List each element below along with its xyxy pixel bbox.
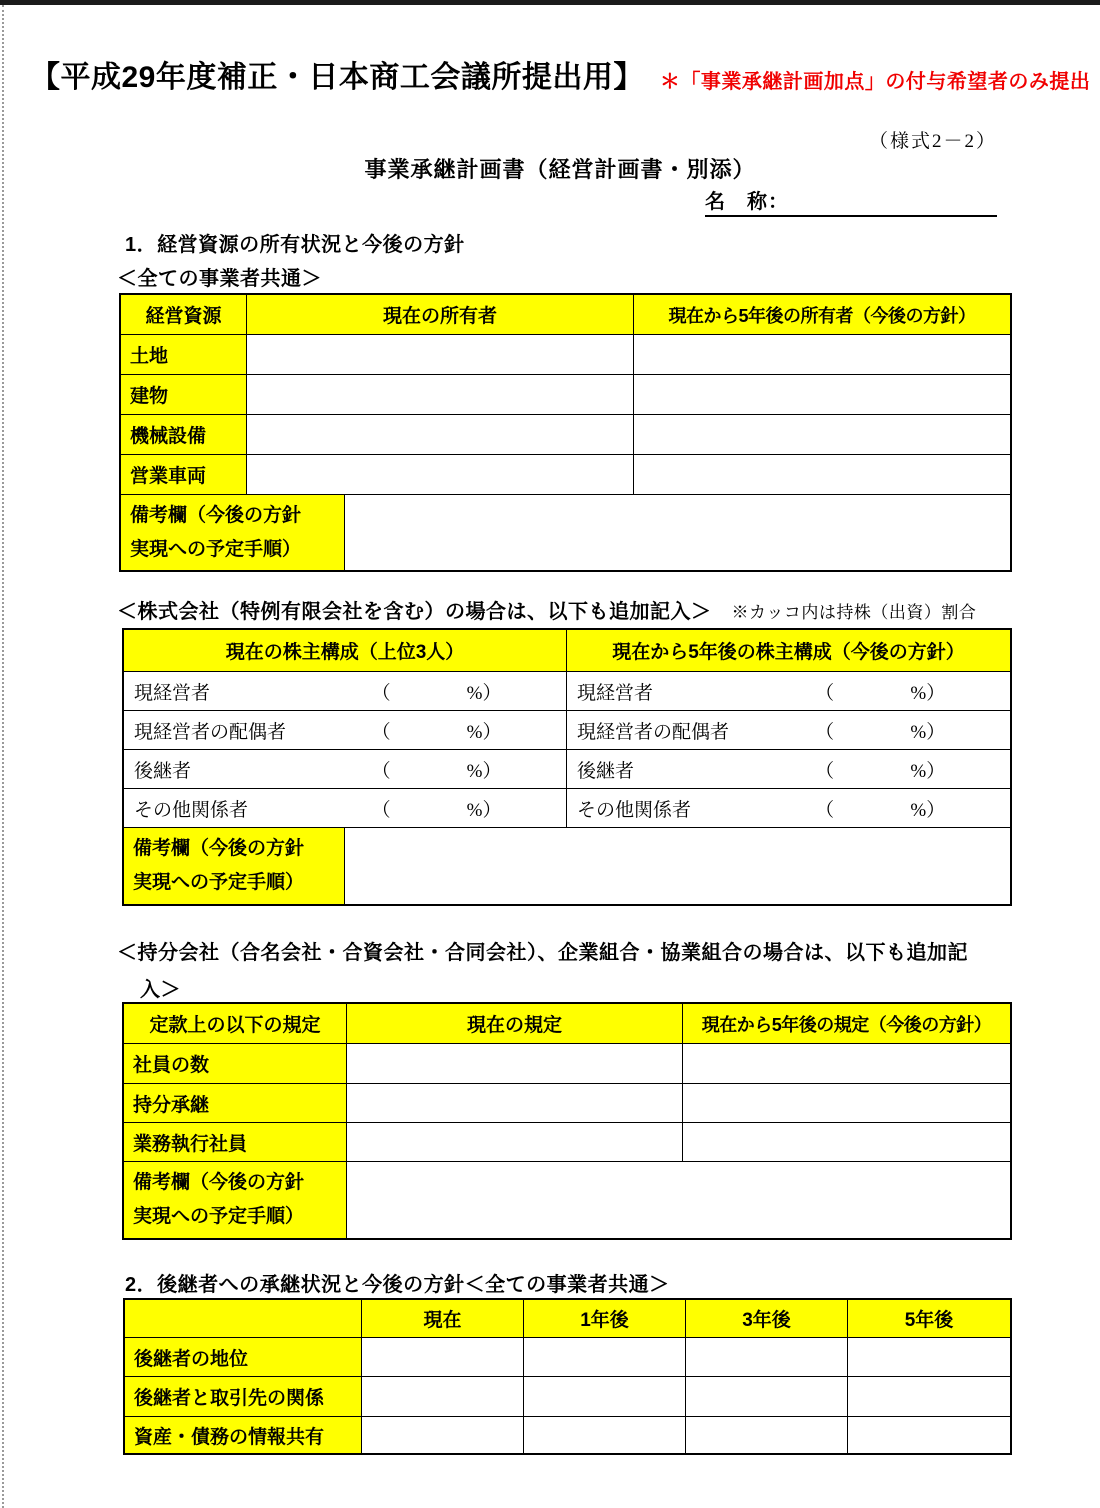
- shareholding-input-cell[interactable]: 現経営者 （ %）: [124, 672, 567, 711]
- input-cell[interactable]: [683, 1044, 1010, 1084]
- table-row: 現経営者の配偶者 （ %） 現経営者の配偶者 （ %）: [124, 711, 1010, 750]
- shareholder-label: 後継者: [134, 756, 372, 783]
- input-cell[interactable]: [683, 1084, 1010, 1123]
- remarks-label-line1: 備考欄（今後の方針: [133, 1166, 304, 1200]
- section2-heading-row: ＜株式会社（特例有限会社を含む）の場合は、以下も追加記入＞ ※カッコ内は持株（出…: [117, 595, 976, 624]
- section2-note: ※カッコ内は持株（出資）割合: [732, 598, 977, 623]
- section2-heading: ＜株式会社（特例有限会社を含む）の場合は、以下も追加記入＞: [117, 595, 712, 624]
- column-header: 定款上の以下の規定: [124, 1004, 347, 1044]
- row-header: 建物: [121, 375, 247, 415]
- input-cell[interactable]: [686, 1377, 848, 1417]
- row-header: 機械設備: [121, 415, 247, 455]
- remarks-row-header: 備考欄（今後の方針 実現への予定手順）: [121, 495, 345, 570]
- table-row: 持分承継: [124, 1084, 1010, 1123]
- window-top-edge: [0, 0, 1100, 5]
- shareholder-label: 後継者: [577, 756, 815, 783]
- table-row: 後継者の地位: [125, 1338, 1010, 1377]
- column-header: 現在から5年後の規定（今後の方針）: [683, 1004, 1010, 1044]
- table-row: 土地: [121, 335, 1010, 375]
- input-cell[interactable]: [347, 1044, 683, 1084]
- shareholding-input-cell[interactable]: 現経営者の配偶者 （ %）: [124, 711, 567, 750]
- remarks-label-line1: 備考欄（今後の方針: [130, 499, 301, 533]
- row-header: 後継者と取引先の関係: [125, 1377, 362, 1417]
- input-cell[interactable]: [634, 455, 1010, 495]
- remarks-row: 備考欄（今後の方針 実現への予定手順）: [124, 1162, 1010, 1238]
- shareholder-composition-table: 現在の株主構成（上位3人） 現在から5年後の株主構成（今後の方針） 現経営者 （…: [122, 628, 1012, 906]
- shareholder-label: 現経営者: [577, 678, 815, 705]
- shareholder-label: 現経営者: [134, 678, 372, 705]
- column-header-empty: [125, 1300, 362, 1338]
- section4-heading: 2．後継者への承継状況と今後の方針＜全ての事業者共通＞: [125, 1268, 670, 1297]
- column-header: 現在の規定: [347, 1004, 683, 1044]
- open-paren: （: [815, 756, 910, 783]
- table-row: 現経営者 （ %） 現経営者 （ %）: [124, 672, 1010, 711]
- column-header: 1年後: [524, 1300, 686, 1338]
- row-header: 業務執行社員: [124, 1123, 347, 1162]
- percent-close: %）: [467, 717, 566, 744]
- input-cell[interactable]: [362, 1377, 524, 1417]
- shareholding-input-cell[interactable]: 現経営者の配偶者 （ %）: [567, 711, 1010, 750]
- column-header: 経営資源: [121, 295, 247, 335]
- row-header: 土地: [121, 335, 247, 375]
- row-header: 営業車両: [121, 455, 247, 495]
- input-cell[interactable]: [634, 375, 1010, 415]
- remarks-label-line1: 備考欄（今後の方針: [133, 832, 304, 866]
- shareholding-input-cell[interactable]: その他関係者 （ %）: [124, 789, 567, 828]
- input-cell[interactable]: [524, 1377, 686, 1417]
- table-row: 営業車両: [121, 455, 1010, 495]
- table-header-row: 経営資源 現在の所有者 現在から5年後の所有者（今後の方針）: [121, 295, 1010, 335]
- name-input-blank[interactable]: [789, 188, 997, 215]
- table-row: 建物: [121, 375, 1010, 415]
- input-cell[interactable]: [247, 335, 634, 375]
- table-row: 社員の数: [124, 1044, 1010, 1084]
- input-cell[interactable]: [362, 1338, 524, 1377]
- section1-heading: 1．経営資源の所有状況と今後の方針: [125, 228, 465, 257]
- remarks-label-line2: 実現への予定手順）: [133, 866, 304, 900]
- management-resources-table: 経営資源 現在の所有者 現在から5年後の所有者（今後の方針） 土地 建物 機械設…: [119, 293, 1012, 572]
- open-paren: （: [372, 678, 467, 705]
- table-row: 業務執行社員: [124, 1123, 1010, 1162]
- form-number: （様式2－2）: [869, 126, 997, 153]
- remarks-row-header: 備考欄（今後の方針 実現への予定手順）: [124, 1162, 347, 1238]
- row-header: 後継者の地位: [125, 1338, 362, 1377]
- row-header: 持分承継: [124, 1084, 347, 1123]
- table-header-row: 現在の株主構成（上位3人） 現在から5年後の株主構成（今後の方針）: [124, 630, 1010, 672]
- input-cell[interactable]: [524, 1417, 686, 1453]
- input-cell[interactable]: [347, 1084, 683, 1123]
- membership-company-table: 定款上の以下の規定 現在の規定 現在から5年後の規定（今後の方針） 社員の数 持…: [122, 1002, 1012, 1240]
- input-cell[interactable]: [247, 455, 634, 495]
- name-label: 名 称：: [705, 185, 789, 215]
- percent-close: %）: [910, 795, 1010, 822]
- remarks-label-line2: 実現への予定手順）: [130, 533, 301, 567]
- column-header: 現在: [362, 1300, 524, 1338]
- input-cell[interactable]: [848, 1377, 1010, 1417]
- table-row: 資産・債務の情報共有: [125, 1417, 1010, 1453]
- input-cell[interactable]: [345, 495, 1010, 570]
- name-field: 名 称：: [705, 188, 997, 217]
- input-cell[interactable]: [362, 1417, 524, 1453]
- shareholding-input-cell[interactable]: 後継者 （ %）: [124, 750, 567, 789]
- input-cell[interactable]: [686, 1417, 848, 1453]
- input-cell[interactable]: [634, 415, 1010, 455]
- document-page: 【平成29年度補正・日本商工会議所提出用】 ＊「事業承継計画加点」の付与希望者の…: [0, 0, 1100, 1508]
- open-paren: （: [372, 717, 467, 744]
- column-header: 3年後: [686, 1300, 848, 1338]
- percent-close: %）: [467, 678, 566, 705]
- input-cell[interactable]: [247, 415, 634, 455]
- table-row: 後継者と取引先の関係: [125, 1377, 1010, 1417]
- section3-heading-line2: 入＞: [140, 973, 181, 1002]
- input-cell[interactable]: [247, 375, 634, 415]
- input-cell[interactable]: [848, 1417, 1010, 1453]
- open-paren: （: [372, 795, 467, 822]
- shareholder-label: 現経営者の配偶者: [577, 717, 815, 744]
- input-cell[interactable]: [524, 1338, 686, 1377]
- document-header-title: 【平成29年度補正・日本商工会議所提出用】: [30, 56, 644, 100]
- input-cell[interactable]: [347, 1123, 683, 1162]
- row-header: 社員の数: [124, 1044, 347, 1084]
- column-header: 現在の株主構成（上位3人）: [124, 630, 567, 672]
- percent-close: %）: [467, 795, 566, 822]
- submission-note: ＊「事業承継計画加点」の付与希望者のみ提出: [660, 65, 1091, 94]
- section3-heading-line1: ＜持分会社（合名会社・合資会社・合同会社）、企業組合・協業組合の場合は、以下も追…: [117, 936, 968, 965]
- shareholder-label: その他関係者: [134, 795, 372, 822]
- input-cell[interactable]: [634, 335, 1010, 375]
- shareholding-input-cell[interactable]: 現経営者 （ %）: [567, 672, 1010, 711]
- table-row: 後継者 （ %） 後継者 （ %）: [124, 750, 1010, 789]
- input-cell[interactable]: [848, 1338, 1010, 1377]
- open-paren: （: [815, 795, 910, 822]
- succession-status-table: 現在 1年後 3年後 5年後 後継者の地位 後継者と取引先の関係 資産・債務の情…: [123, 1298, 1012, 1455]
- document-title: 事業承継計画書（経営計画書・別添）: [20, 153, 1100, 184]
- shareholder-label: その他関係者: [577, 795, 815, 822]
- table-row: その他関係者 （ %） その他関係者 （ %）: [124, 789, 1010, 828]
- table-header-row: 現在 1年後 3年後 5年後: [125, 1300, 1010, 1338]
- row-header: 資産・債務の情報共有: [125, 1417, 362, 1453]
- open-paren: （: [815, 678, 910, 705]
- column-header: 現在の所有者: [247, 295, 634, 335]
- column-header: 5年後: [848, 1300, 1010, 1338]
- document-header: 【平成29年度補正・日本商工会議所提出用】 ＊「事業承継計画加点」の付与希望者の…: [30, 56, 1090, 100]
- remarks-row: 備考欄（今後の方針 実現への予定手順）: [121, 495, 1010, 570]
- table-header-row: 定款上の以下の規定 現在の規定 現在から5年後の規定（今後の方針）: [124, 1004, 1010, 1044]
- page-left-edge-line: [2, 5, 4, 1508]
- open-paren: （: [372, 756, 467, 783]
- remarks-row: 備考欄（今後の方針 実現への予定手順）: [124, 828, 1010, 904]
- column-header: 現在から5年後の所有者（今後の方針）: [634, 295, 1010, 335]
- percent-close: %）: [910, 756, 1010, 783]
- shareholding-input-cell[interactable]: その他関係者 （ %）: [567, 789, 1010, 828]
- remarks-label-line2: 実現への予定手順）: [133, 1200, 304, 1234]
- section1-subheading: ＜全ての事業者共通＞: [117, 262, 322, 291]
- shareholding-input-cell[interactable]: 後継者 （ %）: [567, 750, 1010, 789]
- shareholder-label: 現経営者の配偶者: [134, 717, 372, 744]
- percent-close: %）: [910, 717, 1010, 744]
- percent-close: %）: [910, 678, 1010, 705]
- remarks-row-header: 備考欄（今後の方針 実現への予定手順）: [124, 828, 345, 904]
- column-header: 現在から5年後の株主構成（今後の方針）: [567, 630, 1010, 672]
- percent-close: %）: [467, 756, 566, 783]
- input-cell[interactable]: [683, 1123, 1010, 1162]
- input-cell[interactable]: [347, 1162, 1010, 1238]
- open-paren: （: [815, 717, 910, 744]
- table-row: 機械設備: [121, 415, 1010, 455]
- input-cell[interactable]: [686, 1338, 848, 1377]
- input-cell[interactable]: [345, 828, 1010, 904]
